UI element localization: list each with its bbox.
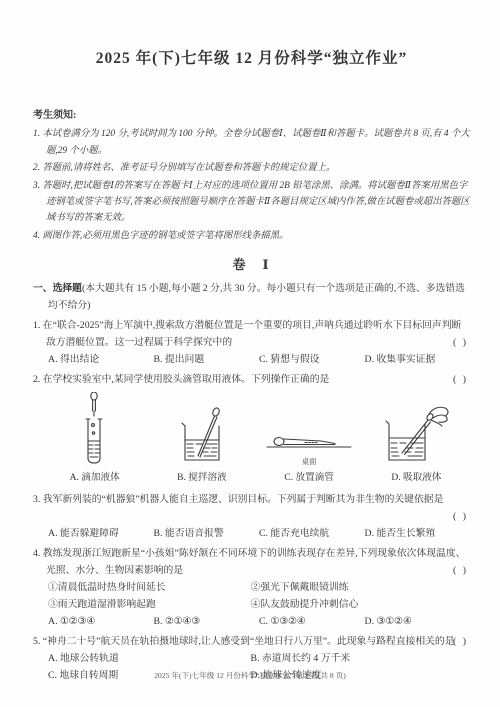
option-a: A. ①②③④ (48, 613, 154, 630)
option-b: B. 赤道周长约 4 万千米 (251, 650, 470, 667)
answer-bracket: ( ) (453, 633, 468, 650)
figure-option-a: A. 滴加液体 (41, 392, 148, 486)
dropper-stirring-solution-in-beaker-icon (174, 404, 230, 466)
question-3: 3. 我军新列装的“机器狼”机器人能自主巡逻、识别目标。下列属于判断其为非生物的… (33, 491, 470, 542)
option-d: D. 能否生长繁殖 (365, 525, 471, 542)
sub-item-4: ④队友鼓励提升冲刺信心 (251, 596, 470, 613)
section-heading-rest: (本大题共有 15 小题,每小题 2 分,共 30 分。每小题只有一个选项是正确… (48, 283, 465, 311)
option-a: A. 得出结论 (48, 351, 154, 368)
question-stem: 5. “神舟二十号”航天员在轨拍摄地球时,让人感受到“坐地日行八万里”。此现象与… (33, 633, 470, 650)
option-c: C. ①③②④ (259, 613, 365, 630)
figure-label: A. 滴加液体 (70, 469, 120, 486)
question-stem: 3. 我军新列装的“机器狼”机器人能自主巡逻、识别目标。下列属于判断其为非生物的… (33, 491, 470, 508)
answer-bracket: ( ) (33, 508, 470, 525)
option-c: C. 猜想与假设 (259, 351, 365, 368)
figure-option-d: D. 吸取液体 (363, 404, 470, 486)
notice-item: 4. 画图作答,必须用黑色字迹的钢笔或签字笔将图形线条描黑。 (33, 228, 470, 244)
option-b: B. 提出问题 (154, 351, 260, 368)
question-1: 1. 在“联合-2025”海上军演中,搜索敌方潜艇位置是一个重要的项目,声呐兵通… (33, 317, 470, 368)
table-surface-caption: 桌面 (302, 458, 317, 466)
notice-heading: 考生须知: (33, 108, 470, 124)
option-a: A. 地球公转轨道 (48, 650, 251, 667)
dropper-lying-on-table-icon (265, 423, 353, 457)
exam-paper-page: 2025 年(下)七年级 12 月份科学“独立作业” 考生须知: 1. 本试卷满… (0, 0, 500, 707)
options-row: A. 能否躲避障碍 B. 能否语音报警 C. 能否充电续航 D. 能否生长繁殖 (33, 525, 470, 542)
question-stem: 4. 教练发现浙江短跑新星“小孩姐”陈妤颔在不同环境下的训练表现存在差异,下列现… (33, 545, 470, 579)
question-4: 4. 教练发现浙江短跑新星“小孩姐”陈妤颔在不同环境下的训练表现存在差异,下列现… (33, 545, 470, 630)
figure-label: C. 放置滴管 (284, 469, 334, 486)
page-footer: 2025 年(下)七年级 12 月份科学“独立作业” 第 1 页(共 8 页) (0, 670, 500, 681)
question-2: 2. 在学校实验室中,某同学使用胶头滴管取用液体。下列操作正确的是 ( ) (33, 371, 470, 488)
option-c: C. 能否充电续航 (259, 525, 365, 542)
dropper-adding-liquid-to-test-tube-icon (73, 392, 117, 466)
option-b: B. ②①④③ (154, 613, 260, 630)
notice-item: 1. 本试卷满分为 120 分,考试时间为 100 分钟。全卷分试题卷Ⅰ、试题卷… (33, 126, 470, 159)
notice-item: 2. 答题前,请将姓名、准考证号分别填写在试题卷和答题卡的规定位置上。 (33, 160, 470, 176)
answer-bracket: ( ) (453, 562, 468, 579)
figure-options-row: A. 滴加液体 (33, 388, 470, 488)
option-b: B. 能否语音报警 (154, 525, 260, 542)
page-title: 2025 年(下)七年级 12 月份科学“独立作业” (33, 46, 470, 68)
question-stem: 1. 在“联合-2025”海上军演中,搜索敌方潜艇位置是一个重要的项目,声呐兵通… (33, 317, 470, 351)
volume-label: 卷 Ⅰ (33, 254, 470, 273)
section-heading: 一、选择题(本大题共有 15 小题,每小题 2 分,共 30 分。每小题只有一个… (33, 281, 470, 315)
figure-label: B. 搅拌溶液 (177, 469, 227, 486)
candidate-notice: 考生须知: 1. 本试卷满分为 120 分,考试时间为 100 分钟。全卷分试题… (33, 108, 470, 244)
section-heading-lead: 一、选择题 (33, 283, 82, 294)
sub-item-2: ②强光下佩戴眼镜训练 (251, 579, 470, 596)
answer-bracket: ( ) (453, 334, 468, 351)
figure-option-b: B. 搅拌溶液 (148, 404, 255, 486)
sub-item-1: ①清晨低温时热身时间延长 (48, 579, 251, 596)
answer-bracket: ( ) (453, 371, 468, 388)
hand-drawing-liquid-from-beaker-icon (381, 404, 451, 466)
option-d: D. 收集事实证据 (365, 351, 471, 368)
sub-items: ①清晨低温时热身时间延长 ②强光下佩戴眼镜训练 ③雨天跑道湿滑影响起跑 ④队友鼓… (33, 579, 470, 613)
options-row: A. 得出结论 B. 提出问题 C. 猜想与假设 D. 收集事实证据 (33, 351, 470, 368)
figure-label: D. 吸取液体 (391, 469, 441, 486)
sub-item-3: ③雨天跑道湿滑影响起跑 (48, 596, 251, 613)
notice-item: 3. 答题时,把试题卷Ⅰ的答案写在答题卡Ⅰ上对应的选项位置用 2B 铅笔涂黑、涂… (33, 178, 470, 227)
option-a: A. 能否躲避障碍 (48, 525, 154, 542)
figure-option-c: 桌面 C. 放置滴管 (256, 423, 363, 486)
options-row: A. ①②③④ B. ②①④③ C. ①③②④ D. ③①②④ (33, 613, 470, 630)
option-d: D. ③①②④ (365, 613, 471, 630)
question-stem: 2. 在学校实验室中,某同学使用胶头滴管取用液体。下列操作正确的是 ( ) (33, 371, 470, 388)
